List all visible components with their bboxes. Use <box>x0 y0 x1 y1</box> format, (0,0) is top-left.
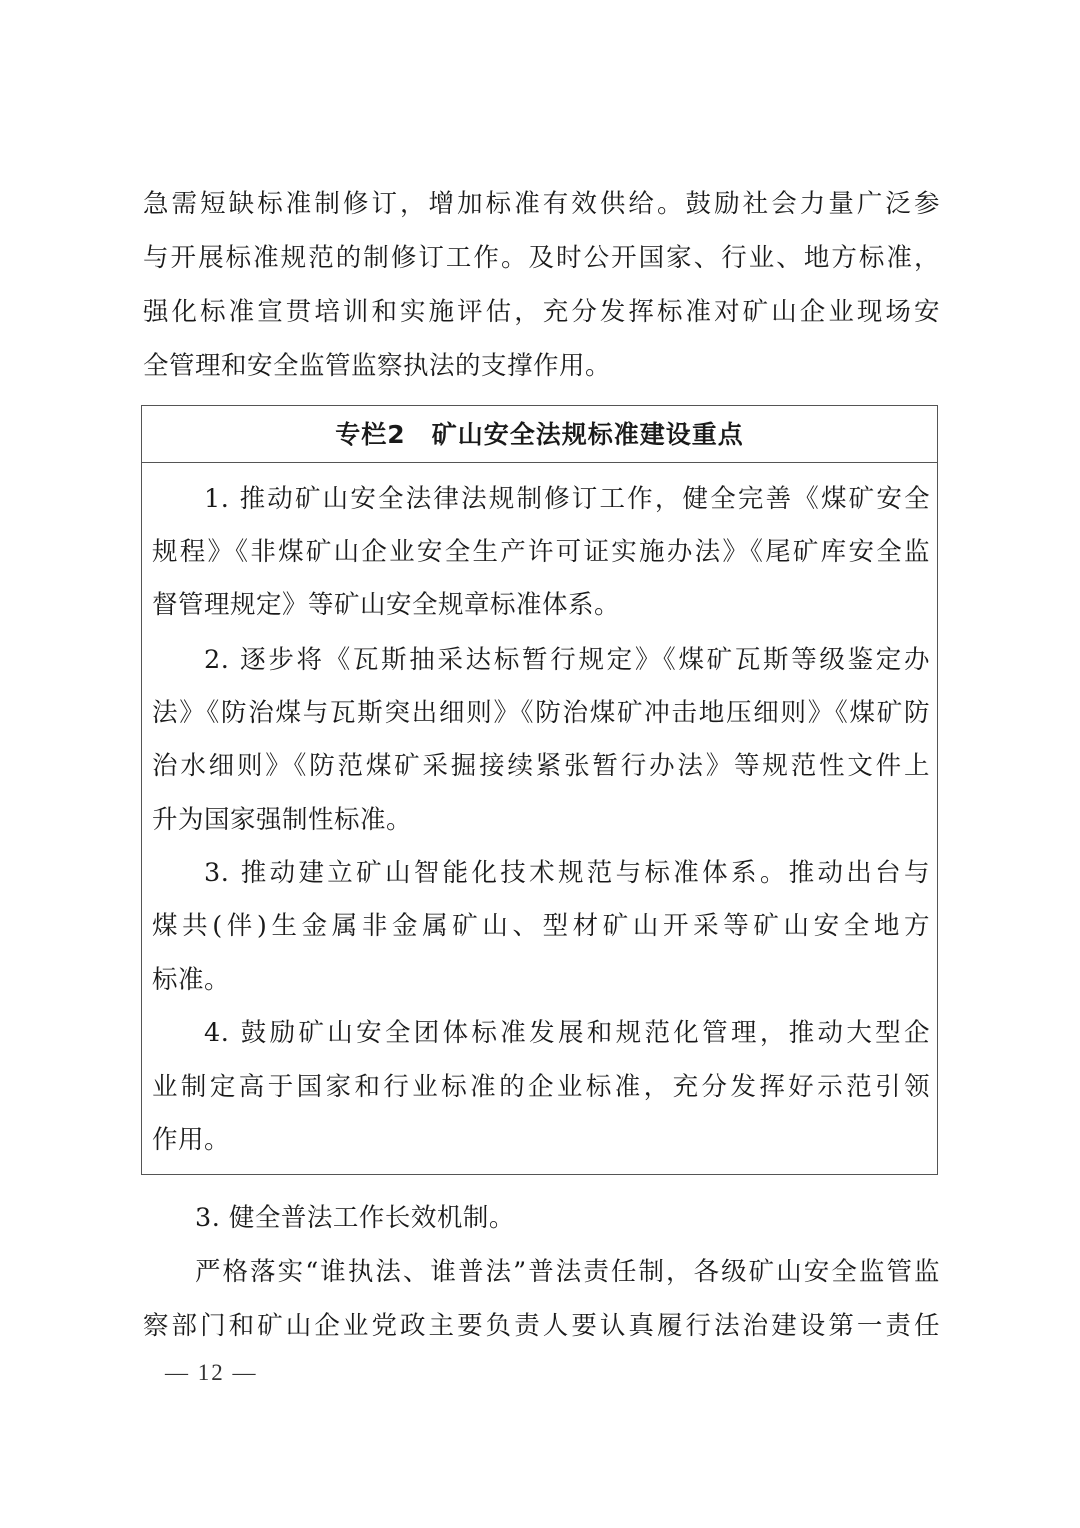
text-line: 治水细则》《防范煤矿采掘接续紧张暂行办法》等规范性文件上 <box>152 739 930 793</box>
text-line: 升为国家强制性标准。 <box>152 793 930 847</box>
text-line: 煤共(伴)生金属非金属矿山、型材矿山开采等矿山安全地方 <box>152 899 930 953</box>
text-line: 督管理规定》等矿山安全规章标准体系。 <box>152 578 930 632</box>
text-line: 2. 逐步将《瓦斯抽采达标暂行规定》《煤矿瓦斯等级鉴定办 <box>152 633 930 687</box>
text-line: 作用。 <box>152 1113 930 1167</box>
text-line: 全管理和安全监管监察执法的支撑作用。 <box>143 339 940 393</box>
page-number: — 12 — <box>165 1360 258 1386</box>
text-line: 业制定高于国家和行业标准的企业标准，充分发挥好示范引领 <box>152 1060 930 1114</box>
text-line: 4. 鼓励矿山安全团体标准发展和规范化管理，推动大型企 <box>152 1006 930 1060</box>
text-line: 急需短缺标准制修订，增加标准有效供给。鼓励社会力量广泛参 <box>143 177 940 231</box>
text-line: 严格落实“谁执法、谁普法”普法责任制，各级矿山安全监管监 <box>143 1245 940 1299</box>
text-line: 强化标准宣贯培训和实施评估，充分发挥标准对矿山企业现场安 <box>143 285 940 339</box>
section-heading: 3. 健全普法工作长效机制。 <box>143 1191 940 1245</box>
text-line: 法》《防治煤与瓦斯突出细则》《防治煤矿冲击地压细则》《煤矿防 <box>152 686 930 740</box>
text-line: 标准。 <box>152 953 930 1007</box>
box-title: 专栏2 矿山安全法规标准建设重点 <box>142 406 937 463</box>
text-line: 与开展标准规范的制修订工作。及时公开国家、行业、地方标准， <box>143 231 940 285</box>
text-line: 3. 推动建立矿山智能化技术规范与标准体系。推动出台与 <box>152 846 930 900</box>
text-line: 1. 推动矿山安全法律法规制修订工作，健全完善《煤矿安全 <box>152 472 930 526</box>
text-line: 察部门和矿山企业党政主要负责人要认真履行法治建设第一责任 <box>143 1299 940 1353</box>
text-line: 规程》《非煤矿山企业安全生产许可证实施办法》《尾矿库安全监 <box>152 525 930 579</box>
